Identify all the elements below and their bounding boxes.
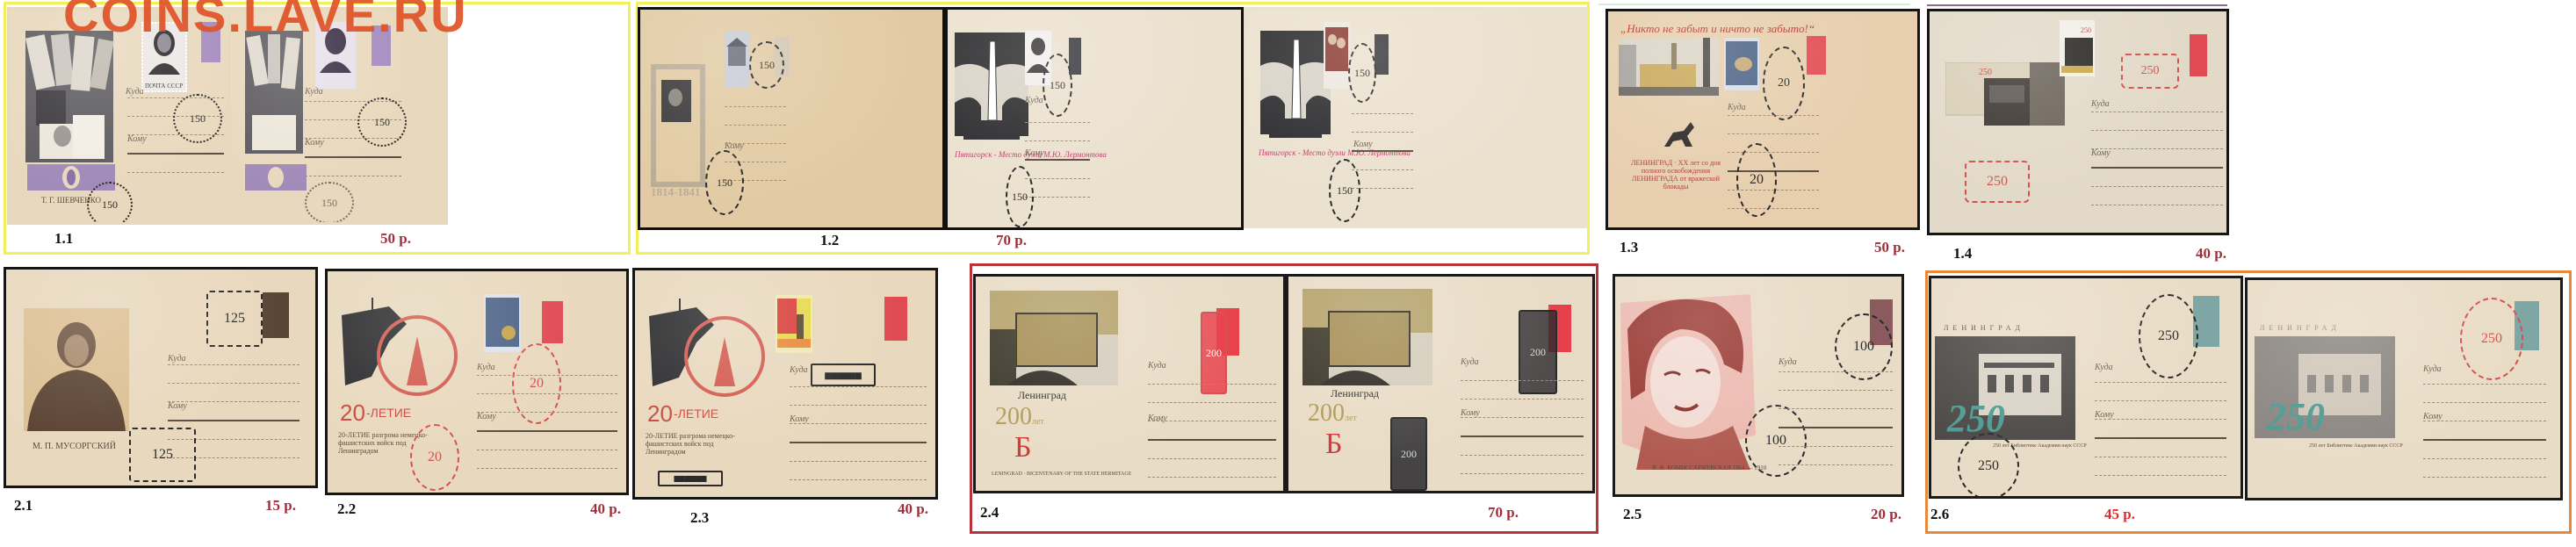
postmark: ▆▆▆▆▆▆: [811, 363, 876, 386]
to-where-label: Куда: [2091, 99, 2110, 109]
envelope-2-1[interactable]: М. П. МУСОРГСКИЙ 125 Куда Кому 125: [4, 267, 318, 488]
postmark: 150: [173, 94, 222, 143]
postmark: 150: [87, 182, 133, 225]
address-lines: [2423, 384, 2546, 495]
envelope-1-4[interactable]: 250 250 250 Куда Кому 250: [1927, 9, 2229, 235]
printed-indicium: [884, 297, 907, 341]
lot-frame-1-4: [1927, 4, 2227, 6]
to-where-label: Куда: [1779, 357, 1797, 367]
envelope-2-5[interactable]: В. Ф. КОМИССАРЖЕВСКАЯ 1864 — 1910 100 10…: [1613, 274, 1904, 497]
envelope-2-4-b[interactable]: Ленинград 200лет Б 200 200 Куда Кому: [1286, 274, 1595, 493]
lot-number: 2.4: [980, 504, 999, 522]
svg-text:250: 250: [1979, 68, 1992, 77]
postmark-red: 250: [2121, 54, 2179, 89]
cachet-caption: 250 лет Библиотеке Академии наук СССР: [2309, 443, 2403, 449]
svg-text:20: 20: [647, 400, 673, 427]
address-lines: [1779, 371, 1893, 483]
lot-number: 1.3: [1620, 239, 1638, 256]
postmark-red: 200: [1201, 312, 1227, 394]
lot-price: 70 р.: [996, 232, 1027, 249]
lot-number: 2.3: [690, 509, 709, 527]
lot-price: 70 р.: [1488, 504, 1519, 522]
obelisk-illustration: [1260, 31, 1331, 145]
lot-number: 1.1: [54, 230, 73, 248]
postage-stamp: [484, 294, 521, 352]
postmark: 150: [749, 41, 784, 89]
address-lines: [2095, 382, 2226, 493]
lot-price: 40 р.: [2196, 245, 2226, 263]
lot-number: 1.2: [820, 232, 839, 249]
hermitage-illustration: [990, 291, 1118, 385]
cachet-caption: ЛЕНИНГРАД · XX лет со дня полного освобо…: [1627, 159, 1724, 191]
postmark: 125: [129, 428, 196, 482]
postmark: 150: [305, 182, 354, 224]
library-illustration: 250: [2255, 336, 2395, 438]
envelope-2-2[interactable]: 20 -ЛЕТИЕ 20-ЛЕТИЕ разгрома немецко-фаши…: [325, 269, 629, 495]
postmark: 250: [1958, 433, 2019, 499]
lot-price: 50 р.: [380, 230, 411, 248]
envelope-2-6-b[interactable]: ЛЕНИНГРАД 250 250 лет Библиотеке Академи…: [2245, 277, 2563, 500]
lot-price: 40 р.: [590, 500, 621, 518]
postmark: 150: [1043, 54, 1072, 117]
to-where-label: Куда: [790, 365, 808, 375]
postmark-red: 20: [410, 424, 459, 491]
ornament-icon: [245, 164, 307, 191]
postmark-red: 250: [1965, 161, 2030, 203]
address-lines: [2091, 112, 2223, 223]
lot-number: 2.2: [337, 500, 356, 518]
city-caption: Ленинград: [1331, 387, 1379, 400]
printed-indicium: [542, 301, 563, 343]
postage-stamp: 250: [2060, 20, 2095, 76]
soldier-icon: [1724, 38, 1759, 90]
address-lines: [1461, 380, 1584, 492]
postage-stamp: [1724, 38, 1759, 90]
envelope-1-2-b[interactable]: Пятигорск - Место дуэли М.Ю. Лермонтова …: [945, 7, 1244, 230]
svg-text:-ЛЕТИЕ: -ЛЕТИЕ: [674, 407, 718, 421]
postage-stamp: [776, 295, 812, 353]
lot-number: 1.4: [1953, 245, 1972, 263]
address-lines: [1352, 113, 1413, 206]
stamp-text: ПОЧТА СССР: [145, 83, 183, 90]
postmark: 150: [705, 150, 744, 215]
painting-icon: [1324, 22, 1350, 75]
envelope-1-2-c[interactable]: Пятигорск - Место дуэли М.Ю. Лермонтова …: [1244, 7, 1588, 228]
postmark: 150: [1348, 43, 1376, 103]
hermitage-monogram: Б: [1014, 431, 1032, 464]
city-caption: ЛЕНИНГРАД: [1944, 324, 2024, 332]
cachet-caption: 20-ЛЕТИЕ разгрома немецко-фашистских вой…: [646, 432, 742, 456]
lot-number: 2.5: [1623, 506, 1642, 523]
lot-price: 50 р.: [1874, 239, 1905, 256]
postmark: 100: [1835, 313, 1893, 380]
to-where-label: Куда: [1025, 96, 1043, 105]
lot-number: 2.6: [1930, 506, 1949, 523]
postmark: 150: [1006, 166, 1034, 227]
printed-indicium: [1807, 36, 1826, 75]
postmark: ▆▆▆▆▆▆: [658, 471, 723, 486]
watermark-text: COINS.LAVE.RU: [63, 0, 468, 43]
obelisk-illustration: [955, 32, 1028, 147]
postmark: 150: [1329, 159, 1360, 222]
lot-number: 2.1: [14, 497, 32, 515]
lot-price: 15 р.: [265, 497, 296, 515]
printed-indicium: [1375, 34, 1389, 75]
to-where-label: Куда: [477, 363, 495, 372]
siege-illustration: 20 -ЛЕТИЕ: [644, 290, 776, 430]
lot-price: 40 р.: [898, 500, 928, 518]
to-where-label: Куда: [126, 87, 144, 97]
envelope-2-6-a[interactable]: ЛЕНИНГРАД 250 250 лет Библиотеке Академи…: [1929, 276, 2243, 499]
city-caption: Ленинград: [1018, 389, 1066, 402]
horse-rider-icon: [1661, 115, 1699, 150]
postmark: 200: [1390, 417, 1427, 491]
to-where-label: Куда: [1461, 357, 1479, 367]
cachet-headline: „Никто не забыт и ничто не забыто!“: [1620, 22, 1815, 36]
to-where-label: Куда: [1728, 103, 1746, 112]
lot-price: 45 р.: [2104, 506, 2135, 523]
soldier-icon: [484, 294, 521, 352]
cachet-caption: 1814-1841: [651, 185, 700, 199]
address-lines: [1025, 122, 1090, 215]
anniversary-number: 200лет: [995, 403, 1044, 431]
mussorgsky-portrait: [24, 308, 129, 431]
cachet-caption: В. Ф. КОМИССАРЖЕВСКАЯ 1864 — 1910: [1652, 464, 1766, 471]
library-illustration: 250: [1935, 336, 2075, 440]
svg-text:250: 250: [2081, 26, 2091, 34]
building-icon: [725, 31, 749, 75]
svg-text:-ЛЕТИЕ: -ЛЕТИЕ: [366, 406, 411, 420]
postmark: 20: [1763, 47, 1805, 120]
postmark-red: 250: [2460, 298, 2523, 380]
envelope-2-3[interactable]: 20 -ЛЕТИЕ 20-ЛЕТИЕ разгрома немецко-фаши…: [632, 268, 938, 500]
envelope-2-4-a[interactable]: Ленинград 200лет Б LENINGRAD · BICENTENA…: [973, 274, 1286, 493]
komissarzhevskaya-portrait: [1619, 294, 1763, 470]
cachet-caption: LENINGRAD · BICENTENARY OF THE STATE HER…: [992, 471, 1131, 477]
svg-text:250: 250: [2266, 395, 2325, 438]
to-where-label: Куда: [168, 354, 186, 363]
to-where-label: Куда: [305, 87, 323, 97]
envelope-1-2-a[interactable]: 1814-1841 150 Кому 150: [638, 7, 945, 230]
books-illustration: [243, 27, 305, 159]
address-lines: [1148, 384, 1276, 493]
lot-price: 20 р.: [1871, 506, 1901, 523]
siege-illustration: 20 -ЛЕТИЕ: [336, 289, 468, 429]
postmark: 250: [2139, 294, 2198, 378]
lot-frame-1-3: [1598, 4, 1910, 5]
anniversary-number: 200лет: [1308, 399, 1357, 428]
postmark: 125: [206, 291, 263, 347]
city-caption: ЛЕНИНГРАД: [2260, 324, 2341, 332]
hermitage-illustration: [1302, 289, 1432, 385]
postmark: 150: [357, 97, 407, 147]
address-lines: [790, 386, 927, 498]
books-illustration: [22, 27, 119, 168]
cachet-caption: М. П. МУСОРГСКИЙ: [32, 442, 116, 451]
city-street-illustration: [1619, 38, 1719, 96]
envelope-1-3[interactable]: „Никто не забыт и ничто не забыто!“ 20 Л…: [1605, 9, 1920, 230]
postmark: 20: [1736, 143, 1777, 217]
portrait-illustration: [661, 80, 691, 122]
to-where-label: Куда: [1148, 361, 1166, 371]
printed-indicium: [2190, 34, 2207, 76]
to-where-label: Куда: [2423, 364, 2442, 374]
monument-icon: [776, 295, 812, 353]
postage-stamp: [725, 31, 749, 87]
svg-text:20: 20: [340, 399, 365, 426]
to-where-label: Куда: [2095, 363, 2113, 372]
postage-stamp: [1324, 22, 1350, 89]
hermitage-monogram: Б: [1325, 428, 1343, 461]
address-lines: [477, 375, 617, 486]
post-office-illustration: 250: [1945, 62, 2065, 126]
printed-indicium: [1069, 38, 1081, 75]
building-icon: 250: [2060, 20, 2095, 76]
printed-indicium: [263, 292, 289, 338]
